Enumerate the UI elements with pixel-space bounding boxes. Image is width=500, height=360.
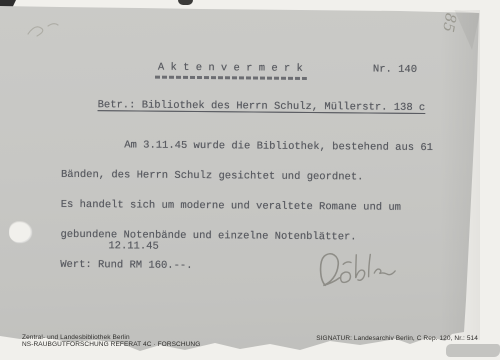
memo-number: Nr. 140 (373, 64, 417, 76)
typewritten-content: A k t e n v e r m e r k Nr. 140 Betr.: B… (0, 0, 500, 360)
handwritten-signature (312, 242, 401, 302)
footer-institution-line2: NS-RAUBGUTFORSCHUNG REFERAT 4C · FORSCHU… (22, 341, 200, 348)
memo-body: Am 3.11.45 wurde die Bibliothek, bestehe… (60, 120, 461, 293)
footer-signatur: SIGNATUR: Landesarchiv Berlin, C Rep. 12… (316, 335, 478, 342)
memo-body-line: Am 3.11.45 wurde die Bibliothek, bestehe… (61, 140, 461, 153)
memo-body-line: Bänden, des Herrn Schulz gesichtet und g… (61, 170, 461, 183)
footer-institution-line1: Zentral- und Landesbibliothek Berlin (22, 334, 200, 341)
memo-body-line: Es handelt sich um moderne und veraltete… (61, 200, 461, 213)
memo-date: 12.11.45 (108, 240, 159, 252)
memo-subject-line: Betr.: Bibliothek des Herrn Schulz, Müll… (98, 99, 426, 114)
memo-title: A k t e n v e r m e r k (158, 62, 303, 75)
scanned-document-page: 85 A k t e n v e r m e r k Nr. 140 Betr.… (0, 0, 500, 360)
footer-institution: Zentral- und Landesbibliothek Berlin NS-… (22, 334, 200, 348)
memo-title-underline (155, 76, 307, 80)
archive-footer: Zentral- und Landesbibliothek Berlin NS-… (0, 330, 500, 360)
memo-body-line: Wert: Rund RM 160.--. (60, 260, 460, 273)
